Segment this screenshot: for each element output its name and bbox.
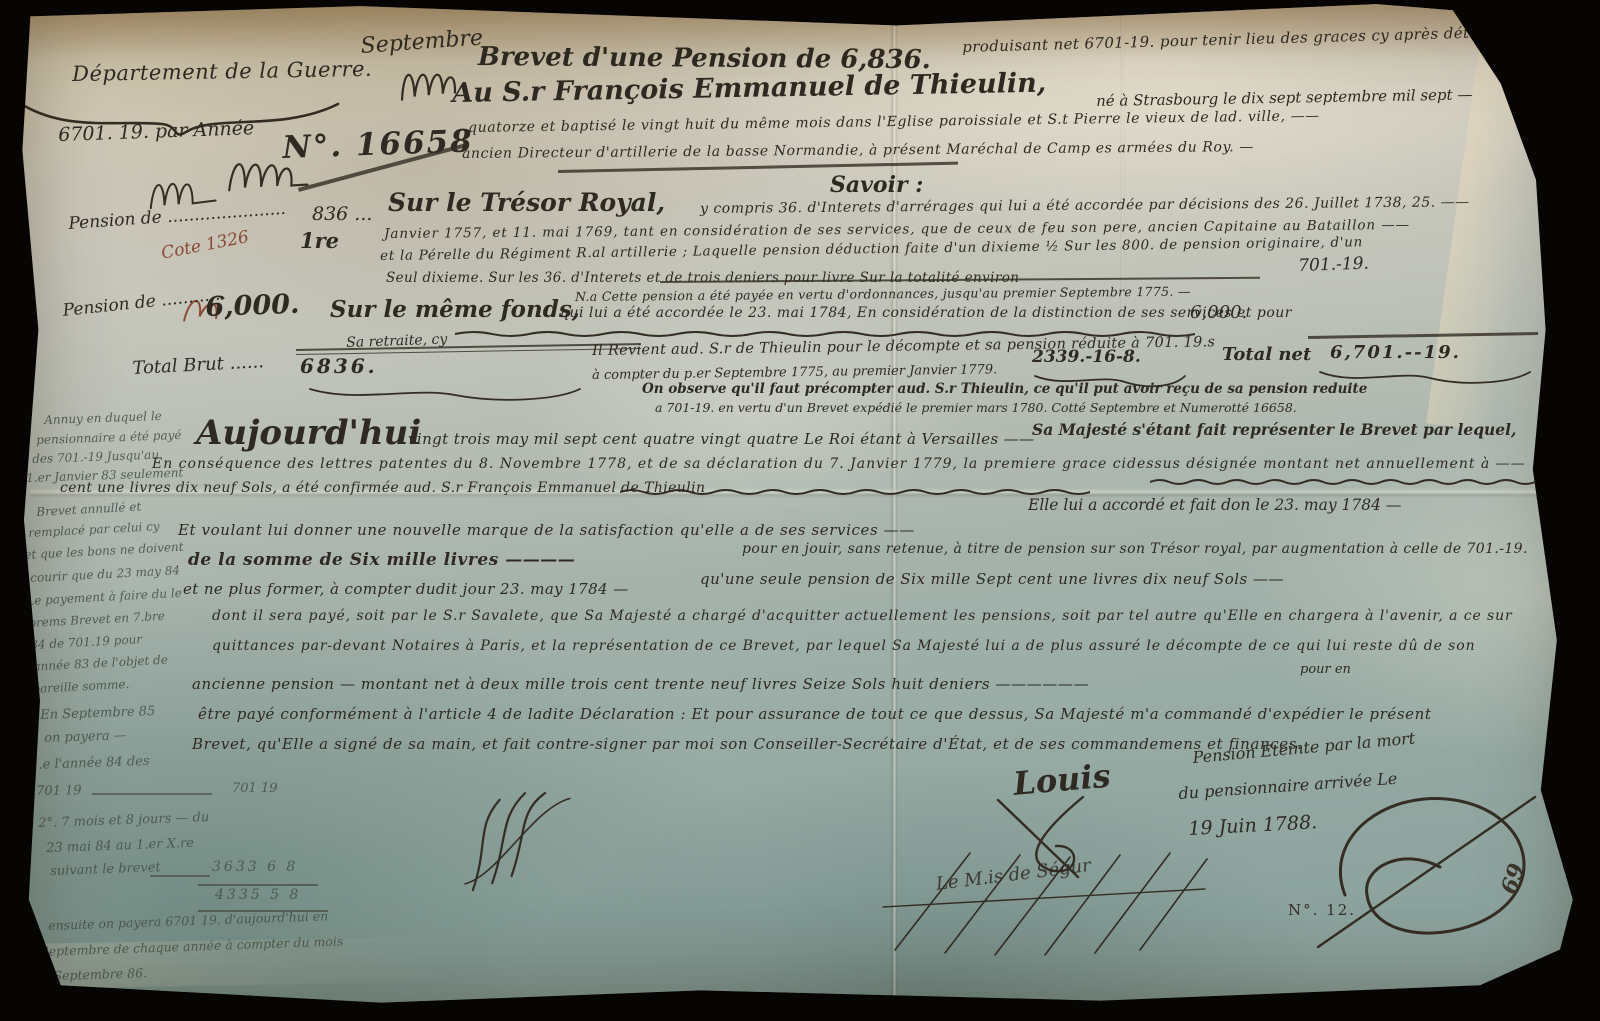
parchment-document: Département de la Guerre. Septembre Brev…: [0, 0, 1600, 1021]
photograph-of-brevet: Département de la Guerre. Septembre Brev…: [0, 0, 1600, 1021]
edge-vignette: [0, 0, 1600, 1021]
